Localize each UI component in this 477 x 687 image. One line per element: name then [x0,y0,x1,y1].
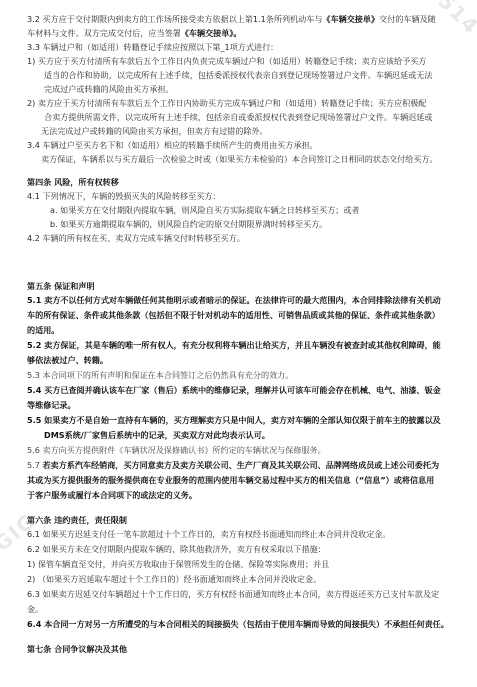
text-run: 金。 [27,604,43,614]
document-line: 5.7 若卖方系汽车经销商，买方同意卖方及卖方关联公司、生产厂商及其关联公司、品… [27,460,439,471]
text-run: 5.2 卖方保证，其是车辆的唯一所有权人，有充分权利将车辆出让给买方，并且车辆没… [27,340,441,350]
document-line: 3.2 买方应于交付期限内到卖方的工作场所接受卖方依据以上第1.1条所列机动车与… [27,14,436,25]
document-line: 4.2 车辆的所有权在买、卖双方完成车辆交付时转移至买方。 [27,233,245,244]
document-line: 车的所有保证、条件或其他条款（包括但不限于针对机动车的适用性、可销售品质或其他的… [27,310,440,321]
text-run: 6.2 如果买方未在交付期限内提取车辆的，除其他救济外，卖方有权采取以下措施： [27,544,326,554]
text-run: 6.4 本合同一方对另一方所遭受的与本合同相关的间接损失（包括由于使用车辆而导致… [27,619,449,629]
text-run: 的适用。 [27,325,59,335]
document-line: 6.4 本合同一方对另一方所遭受的与本合同相关的间接损失（包括由于使用车辆而导致… [27,619,449,630]
text-run: 等维修记录。 [27,400,76,410]
text-run: 5.7 [27,460,42,470]
document-line: 5.1 卖方不以任何方式对车辆做任何其他明示或者暗示的保证。在法律许可的最大范围… [27,295,441,306]
document-line: 金。 [27,604,43,615]
text-run: 车材料与文件。双方完成交付后，应当签署 [27,28,181,38]
text-run: 第六条 违约责任，责任限制 [27,515,127,525]
text-run: 第五条 保证和声明 [27,281,95,291]
text-run: 2) 卖方应于买方付清所有车款后五个工作日内协助买方完成车辆过户和（如适用）转籍… [27,98,426,108]
document-line: 5.5 如果卖方不是自始一直持有车辆的，买方理解卖方只是中间人，卖方对车辆的全部… [27,415,441,426]
text-run: 6.1 如果买方迟延支付任一笔车款超过十个工作日的，卖方有权经书面通知而终止本合… [27,529,390,539]
text-run: 5.4 买方已查阅并确认该车在厂家（售后）系统中的维修记录，理解并认可该车可能会… [27,385,441,395]
text-run: DMS系统/厂家售后系统中的记录，买卖双方对此均表示认可。 [44,430,270,440]
text-run: 3.4 车辆过户至买方名下和（如适用）相应的转籍手续所产生的费用由买方承担。 [27,140,318,150]
text-run: 若卖方系汽车经销商，买方同意卖方及卖方关联公司、生产厂商及其关联公司、品牌网络成… [42,460,439,470]
text-run: 合卖方提供所需文件，以完成所有上述手续，包括亲自或委派授权代表到登记现场签署过户… [44,112,433,122]
document-line: 4.1 下列情况下，车辆的毁损灭失的风险转移至买方： [27,191,221,202]
text-run: 够依法被过户、转籍。 [27,355,108,365]
text-run: 3.3 车辆过户和（如适用）转籍登记手续应按照以下第_1项方式进行： [27,42,278,52]
document-line: 其或为买方提供服务的服务提供商在专业服务的范围内使用车辆交易过程中买方的相关信息… [27,475,434,486]
section-heading: 第五条 保证和声明 [27,281,95,292]
document-line: 车材料与文件。双方完成交付后，应当签署《车辆交接单》。 [27,28,242,39]
text-run: 完成过户或转籍的风险由买方承担。 [44,84,174,94]
text-run: 4.2 车辆的所有权在买、卖双方完成车辆交付时转移至买方。 [27,233,245,243]
document-line: 5.6 卖方向买方提供附件《车辆状况及保修确认书》所约定的车辆状况与保修服务。 [27,445,326,456]
document-line: 等维修记录。 [27,400,76,411]
text-run: 《车辆交接单》。 [181,28,242,38]
text-run: 适当的合作和协助，以完成所有上述手续，包括委派授权代表亲自到登记现场签署过户文件… [44,70,433,80]
text-run: 5.3 本合同项下的所有声明和保证在本合同签订之后仍然具有充分的效力。 [27,370,293,380]
watermark-top-right: 514 [434,0,477,39]
document-line: DMS系统/厂家售后系统中的记录，买卖双方对此均表示认可。 [44,430,270,441]
document-line: 2) 卖方应于买方付清所有车款后五个工作日内协助买方完成车辆过户和（如适用）转籍… [27,98,426,109]
text-run: 第七条 合同争议解决及其他 [27,644,127,654]
document-line: 于客户服务或履行本合同项下的或法定的义务。 [27,490,197,501]
text-run: 第四条 风险，所有权转移 [27,177,119,187]
text-run: b. 如果买方逾期提取车辆的，则风险自约定的原交付期限界满时转移至买方。 [50,219,327,229]
document-line: 1) 保管车辆直至交付，并向买方收取由于保管所发生的仓储、保险等实际费用；并且 [27,559,329,570]
document-line: 3.3 车辆过户和（如适用）转籍登记手续应按照以下第_1项方式进行： [27,42,278,53]
text-run: 4.1 下列情况下，车辆的毁损灭失的风险转移至买方： [27,191,221,201]
document-line: 2) （如果买方迟延取车超过十个工作日的）经书面通知而终止本合同并没收定金。 [27,574,321,585]
text-run: 无法完成过户或转籍的风险由买方承担，但卖方有过错的除外。 [41,126,268,136]
text-run: 1) 保管车辆直至交付，并向买方收取由于保管所发生的仓储、保险等实际费用；并且 [27,559,329,569]
text-run: 车的所有保证、条件或其他条款（包括但不限于针对机动车的适用性、可销售品质或其他的… [27,310,440,320]
document-line: 合卖方提供所需文件，以完成所有上述手续，包括亲自或委派授权代表到登记现场签署过户… [44,112,433,123]
document-page: 514 GIG 3.2 买方应于交付期限内到卖方的工作场所接受卖方依据以上第1.… [0,0,477,687]
text-run: 于客户服务或履行本合同项下的或法定的义务。 [27,490,197,500]
text-run: 1) 买方应于买方付清所有车款后五个工作日内负责完成车辆过户和（如适用）转籍登记… [27,56,426,66]
document-line: 够依法被过户、转籍。 [27,355,108,366]
text-run: 5.1 卖方不以任何方式对车辆做任何其他明示或者暗示的保证。在法律许可的最大范围… [27,295,441,305]
text-run: a. 如果买方在交付期限内提取车辆，则风险自买方实际提取车辆之日转移至买方；或者 [50,205,360,215]
document-line: 1) 买方应于买方付清所有车款后五个工作日内负责完成车辆过户和（如适用）转籍登记… [27,56,426,67]
document-line: 无法完成过户或转籍的风险由买方承担，但卖方有过错的除外。 [41,126,268,137]
document-line: 6.3 如果卖方迟延交付车辆超过十个工作日的，买方有权经书面通知而终止本合同，卖… [27,589,439,600]
text-run: 交付的车辆及随 [379,14,436,24]
document-line: 5.3 本合同项下的所有声明和保证在本合同签订之后仍然具有充分的效力。 [27,370,293,381]
text-run: 《车辆交接单》 [322,14,379,24]
document-line: a. 如果买方在交付期限内提取车辆，则风险自买方实际提取车辆之日转移至买方；或者 [50,205,360,216]
section-heading: 第七条 合同争议解决及其他 [27,644,127,655]
document-line: 卖方保证，车辆系以与买方最后一次检验之时或（如果买方未检验的）本合同签订之日相同… [41,154,438,165]
text-run: 2) （如果买方迟延取车超过十个工作日的）经书面通知而终止本合同并没收定金。 [27,574,321,584]
document-line: 5.2 卖方保证，其是车辆的唯一所有权人，有充分权利将车辆出让给买方，并且车辆没… [27,340,441,351]
document-line: 5.4 买方已查阅并确认该车在厂家（售后）系统中的维修记录，理解并认可该车可能会… [27,385,441,396]
text-run: 5.6 卖方向买方提供附件《车辆状况及保修确认书》所约定的车辆状况与保修服务。 [27,445,326,455]
document-line: b. 如果买方逾期提取车辆的，则风险自约定的原交付期限界满时转移至买方。 [50,219,327,230]
text-run: 卖方保证，车辆系以与买方最后一次检验之时或（如果买方未检验的）本合同签订之日相同… [41,154,438,164]
document-line: 的适用。 [27,325,59,336]
section-heading: 第六条 违约责任，责任限制 [27,515,127,526]
text-run: 其或为买方提供服务的服务提供商在专业服务的范围内使用车辆交易过程中买方的相关信息… [27,475,434,485]
text-run: 3.2 买方应于交付期限内到卖方的工作场所接受卖方依据以上第1.1条所列机动车与 [27,14,322,24]
document-line: 6.1 如果买方迟延支付任一笔车款超过十个工作日的，卖方有权经书面通知而终止本合… [27,529,390,540]
document-line: 完成过户或转籍的风险由买方承担。 [44,84,174,95]
document-line: 6.2 如果买方未在交付期限内提取车辆的，除其他救济外，卖方有权采取以下措施： [27,544,326,555]
text-run: 6.3 如果卖方迟延交付车辆超过十个工作日的，买方有权经书面通知而终止本合同，卖… [27,589,439,599]
section-heading: 第四条 风险，所有权转移 [27,177,119,188]
document-line: 3.4 车辆过户至买方名下和（如适用）相应的转籍手续所产生的费用由买方承担。 [27,140,318,151]
text-run: 5.5 如果卖方不是自始一直持有车辆的，买方理解卖方只是中间人，卖方对车辆的全部… [27,415,441,425]
document-line: 适当的合作和协助，以完成所有上述手续，包括委派授权代表亲自到登记现场签署过户文件… [44,70,433,81]
